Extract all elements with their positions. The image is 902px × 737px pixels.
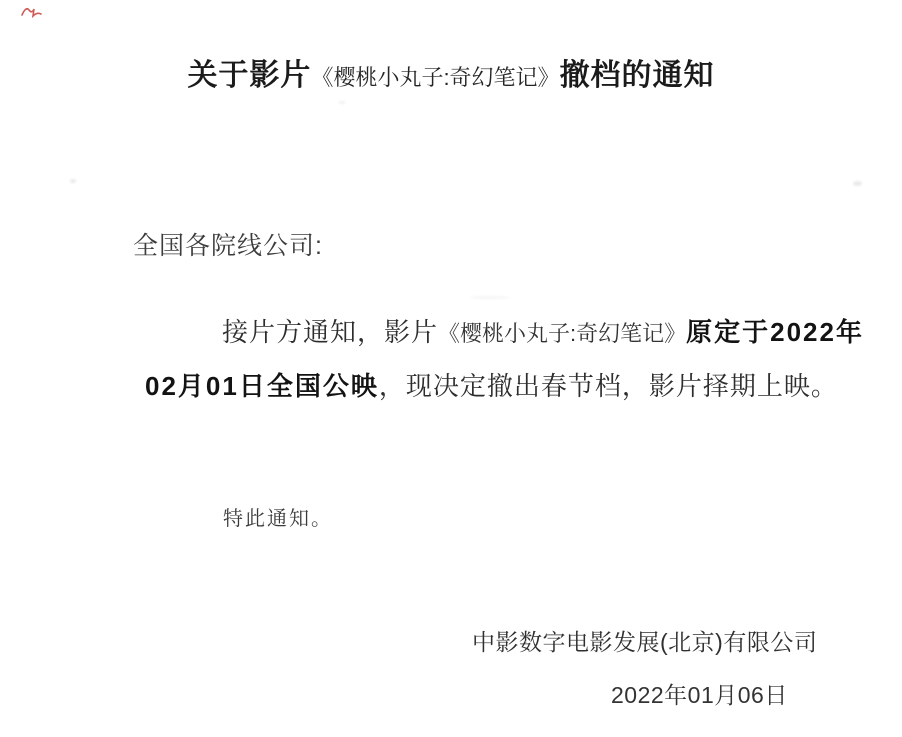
scan-smudge bbox=[338, 101, 346, 104]
body-line1-bold-text: 原定于2022年 bbox=[686, 317, 864, 347]
signature-date: 2022年01月06日 bbox=[611, 677, 788, 710]
scanned-notice-document: 关于影片《樱桃小丸子:奇幻笔记》撤档的通知 全国各院线公司: 接片方通知，影片《… bbox=[0, 0, 902, 737]
title-suffix: 撤档的通知 bbox=[560, 59, 715, 92]
body-line2-bold-text: 02月01日全国公映 bbox=[145, 371, 379, 401]
title-prefix: 关于影片 bbox=[187, 59, 311, 92]
body-line2-normal-text: ，现决定撤出春节档，影片择期上映。 bbox=[379, 371, 838, 401]
salutation-line: 全国各院线公司: bbox=[133, 226, 323, 262]
red-pen-mark-icon bbox=[20, 3, 44, 21]
body-film-name: 《樱桃小丸子:奇幻笔记》 bbox=[438, 321, 686, 346]
signature-company: 中影数字电影发展(北京)有限公司 bbox=[472, 624, 817, 657]
scan-smudge bbox=[853, 181, 862, 186]
title-film-name: 《樱桃小丸子:奇幻笔记》 bbox=[311, 65, 559, 90]
closing-phrase: 特此通知。 bbox=[223, 502, 333, 531]
scan-smudge bbox=[70, 179, 76, 183]
body-line-2: 02月01日全国公映，现决定撤出春节档，影片择期上映。 bbox=[145, 366, 838, 403]
scan-smudge bbox=[470, 296, 510, 299]
body-line-1: 接片方通知，影片《樱桃小丸子:奇幻笔记》原定于2022年 bbox=[222, 312, 864, 349]
body-line1-normal-text: 接片方通知，影片 bbox=[222, 317, 438, 347]
notice-title: 关于影片《樱桃小丸子:奇幻笔记》撤档的通知 bbox=[0, 50, 902, 94]
